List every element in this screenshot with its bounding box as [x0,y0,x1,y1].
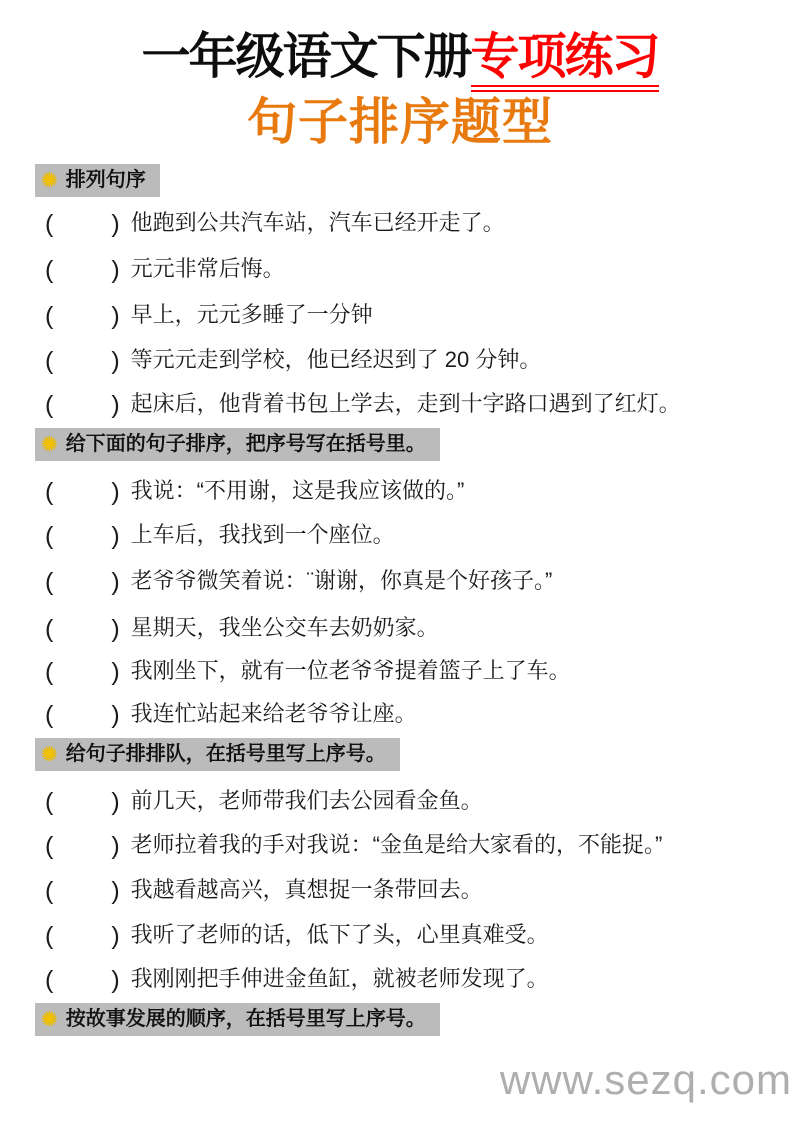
site-watermark: www.sezq.com [500,1056,792,1104]
answer-bracket-close: ) [111,522,119,550]
question-row: ()我刚坐下，就有一位老爷爷提着篮子上了车。 [45,658,785,685]
answer-bracket-close: ) [111,788,119,816]
flower-asterisk-icon: ✺ [41,171,58,191]
question-text: 我越看越高兴，真想捉一条带回去。 [131,877,483,902]
answer-bracket-open: ( [45,788,53,816]
question-row: ()老师拉着我的手对我说：“金鱼是给大家看的，不能捉。” [45,832,785,859]
question-row: ()我刚刚把手伸进金鱼缸，就被老师发现了。 [45,966,785,993]
section-heading-label: 排列句序 [66,169,146,192]
answer-bracket-open: ( [45,658,53,686]
answer-bracket-open: ( [45,966,53,994]
answer-bracket-close: ) [111,615,119,643]
page-title: 一年级语文下册专项练习 [0,28,800,87]
answer-bracket-open: ( [45,347,53,375]
question-row: ()起床后，他背着书包上学去，走到十字路口遇到了红灯。 [45,391,785,418]
question-text: 元元非常后悔。 [131,256,285,281]
section-heading-2: ✺ 给下面的句子排序，把序号写在括号里。 [35,428,440,461]
answer-bracket-open: ( [45,210,53,238]
answer-bracket-close: ) [111,701,119,729]
answer-bracket-open: ( [45,701,53,729]
section-heading-label: 按故事发展的顺序，在括号里写上序号。 [66,1008,426,1031]
flower-asterisk-icon: ✺ [41,1010,58,1030]
question-text: 老师拉着我的手对我说：“金鱼是给大家看的，不能捉。” [131,832,663,857]
section-heading-label: 给下面的句子排序，把序号写在括号里。 [66,433,426,456]
answer-bracket-open: ( [45,922,53,950]
question-text: 我刚坐下，就有一位老爷爷提着篮子上了车。 [131,658,571,683]
question-row: ()等元元走到学校，他已经迟到了 20 分钟。 [45,347,785,374]
question-text: 等元元走到学校，他已经迟到了 20 分钟。 [131,347,542,372]
question-row: ()我说：“不用谢，这是我应该做的。” [45,478,785,505]
question-row: ()元元非常后悔。 [45,256,785,283]
question-row: ()上车后，我找到一个座位。 [45,522,785,549]
question-text: 我刚刚把手伸进金鱼缸，就被老师发现了。 [131,966,549,991]
question-text: 早上，元元多睡了一分钟 [131,302,373,327]
question-text: 我听了老师的话，低下了头，心里真难受。 [131,922,549,947]
question-row: ()我连忙站起来给老爷爷让座。 [45,701,785,728]
title-text-black: 一年级语文下册 [141,30,470,84]
answer-bracket-open: ( [45,522,53,550]
question-text: 上车后，我找到一个座位。 [131,522,395,547]
question-row: ()我听了老师的话，低下了头，心里真难受。 [45,922,785,949]
answer-bracket-open: ( [45,478,53,506]
question-text: 星期天，我坐公交车去奶奶家。 [131,615,439,640]
question-row: ()星期天，我坐公交车去奶奶家。 [45,615,785,642]
answer-bracket-close: ) [111,922,119,950]
question-row: ()他跑到公共汽车站，汽车已经开走了。 [45,210,785,237]
flower-asterisk-icon: ✺ [41,745,58,765]
question-text: 老爷爷微笑着说：¨谢谢，你真是个好孩子。” [131,568,553,593]
answer-bracket-close: ) [111,658,119,686]
section-heading-label: 给句子排排队，在括号里写上序号。 [66,743,386,766]
answer-bracket-open: ( [45,391,53,419]
section-heading-1: ✺ 排列句序 [35,164,160,197]
question-row: ()老爷爷微笑着说：¨谢谢，你真是个好孩子。” [45,568,785,595]
question-text: 我连忙站起来给老爷爷让座。 [131,701,417,726]
answer-bracket-close: ) [111,391,119,419]
question-text: 前几天，老师带我们去公园看金鱼。 [131,788,483,813]
page-subtitle: 句子排序题型 [0,95,800,150]
answer-bracket-close: ) [111,478,119,506]
question-row: ()早上，元元多睡了一分钟 [45,302,785,329]
answer-bracket-open: ( [45,568,53,596]
answer-bracket-close: ) [111,210,119,238]
question-text: 起床后，他背着书包上学去，走到十字路口遇到了红灯。 [131,391,681,416]
question-text: 他跑到公共汽车站，汽车已经开走了。 [131,210,505,235]
flower-asterisk-icon: ✺ [41,435,58,455]
answer-bracket-open: ( [45,302,53,330]
answer-bracket-close: ) [111,347,119,375]
answer-bracket-open: ( [45,256,53,284]
answer-bracket-close: ) [111,966,119,994]
question-row: ()前几天，老师带我们去公园看金鱼。 [45,788,785,815]
title-text-red: 专项练习 [471,30,659,92]
answer-bracket-close: ) [111,302,119,330]
question-text: 我说：“不用谢，这是我应该做的。” [131,478,465,503]
answer-bracket-open: ( [45,615,53,643]
answer-bracket-close: ) [111,256,119,284]
section-heading-4: ✺ 按故事发展的顺序，在括号里写上序号。 [35,1003,440,1036]
question-row: ()我越看越高兴，真想捉一条带回去。 [45,877,785,904]
answer-bracket-open: ( [45,877,53,905]
section-heading-3: ✺ 给句子排排队，在括号里写上序号。 [35,738,400,771]
answer-bracket-close: ) [111,832,119,860]
worksheet-page: 一年级语文下册专项练习 句子排序题型 ✺ 排列句序 ()他跑到公共汽车站，汽车已… [0,0,800,1131]
answer-bracket-close: ) [111,568,119,596]
answer-bracket-open: ( [45,832,53,860]
answer-bracket-close: ) [111,877,119,905]
